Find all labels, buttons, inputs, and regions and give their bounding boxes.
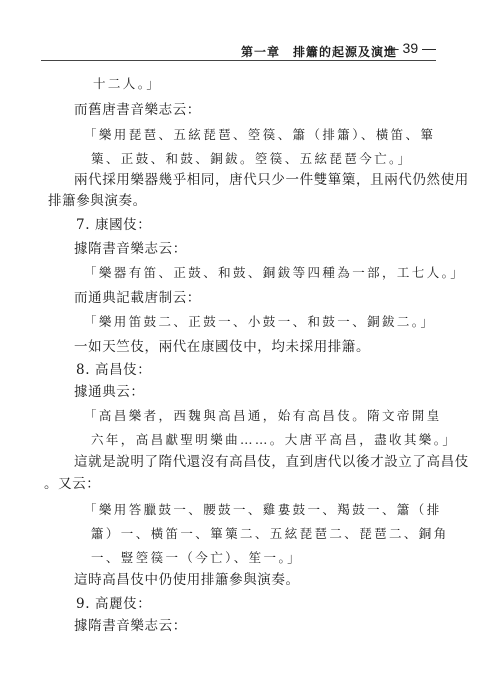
body-text-line: 兩代採用樂器幾乎相同，唐代只少一件雙篳篥，且兩代仍然使用: [74, 168, 469, 188]
quoted-text-line: 「樂用答臘鼓一、腰鼓一、雞婁鼓一、羯鼓一、簫（排: [84, 500, 442, 518]
body-text-line: 9. 高麗伎：: [76, 592, 151, 612]
quoted-text-line: 「樂器有笛、正鼓、和鼓、銅鈸等四種為一部，工七人。」: [84, 263, 465, 281]
body-text-line: 據隋書音樂志云：: [74, 237, 187, 257]
page-header: 第一章 排簫的起源及演進 — 39 —: [41, 38, 436, 61]
body-text-line: 8. 高昌伎：: [76, 358, 151, 378]
quoted-text-line: 「樂用笛鼓二、正鼓一、小鼓一、和鼓一、銅鈸二。」: [84, 312, 435, 330]
body-text-line: 這時高昌伎中仍使用排簫參與演奏。: [74, 568, 300, 588]
page-number: — 39 —: [385, 40, 436, 56]
body-text-line: 據隋書音樂志云：: [74, 614, 187, 634]
quoted-text-line: 「樂用琵琶、五絃琵琶、箜篌、簫（排簫）、橫笛、篳: [84, 125, 435, 143]
quoted-text-line: 十二人。」: [93, 74, 161, 92]
quoted-text-line: 「高昌樂者，西魏與高昌通，始有高昌伎。隋文帝開皇: [84, 406, 442, 424]
chapter-title: 第一章 排簫的起源及演進: [241, 43, 397, 60]
body-text-line: 而舊唐書音樂志云：: [74, 98, 201, 118]
body-text-line: 一如天竺伎，兩代在康國伎中，均未採用排簫。: [74, 335, 370, 355]
quoted-text-line: 簫）一、橫笛一、篳篥二、五絃琵琶二、琵琶二、銅角: [91, 524, 449, 542]
quoted-text-line: 六年，高昌獻聖明樂曲……。大唐平高昌，盡收其樂。」: [91, 430, 457, 448]
body-text-line: 這就是說明了隋代還沒有高昌伎，直到唐代以後才設立了高昌伎: [74, 450, 469, 470]
body-text-line: 排簫參與演奏。: [48, 189, 147, 209]
body-text-line: 7. 康國伎：: [76, 213, 151, 233]
body-text-line: 而通典記載唐制云：: [74, 286, 201, 306]
body-text-line: 。又云：: [44, 472, 100, 492]
quoted-text-line: 篥、正鼓、和鼓、銅鈸。箜篌、五絃琵琶今亡。」: [91, 149, 413, 167]
quoted-text-line: 一、豎箜篌一（今亡）、笙一。」: [91, 548, 302, 566]
body-text-line: 據通典云：: [74, 380, 145, 400]
